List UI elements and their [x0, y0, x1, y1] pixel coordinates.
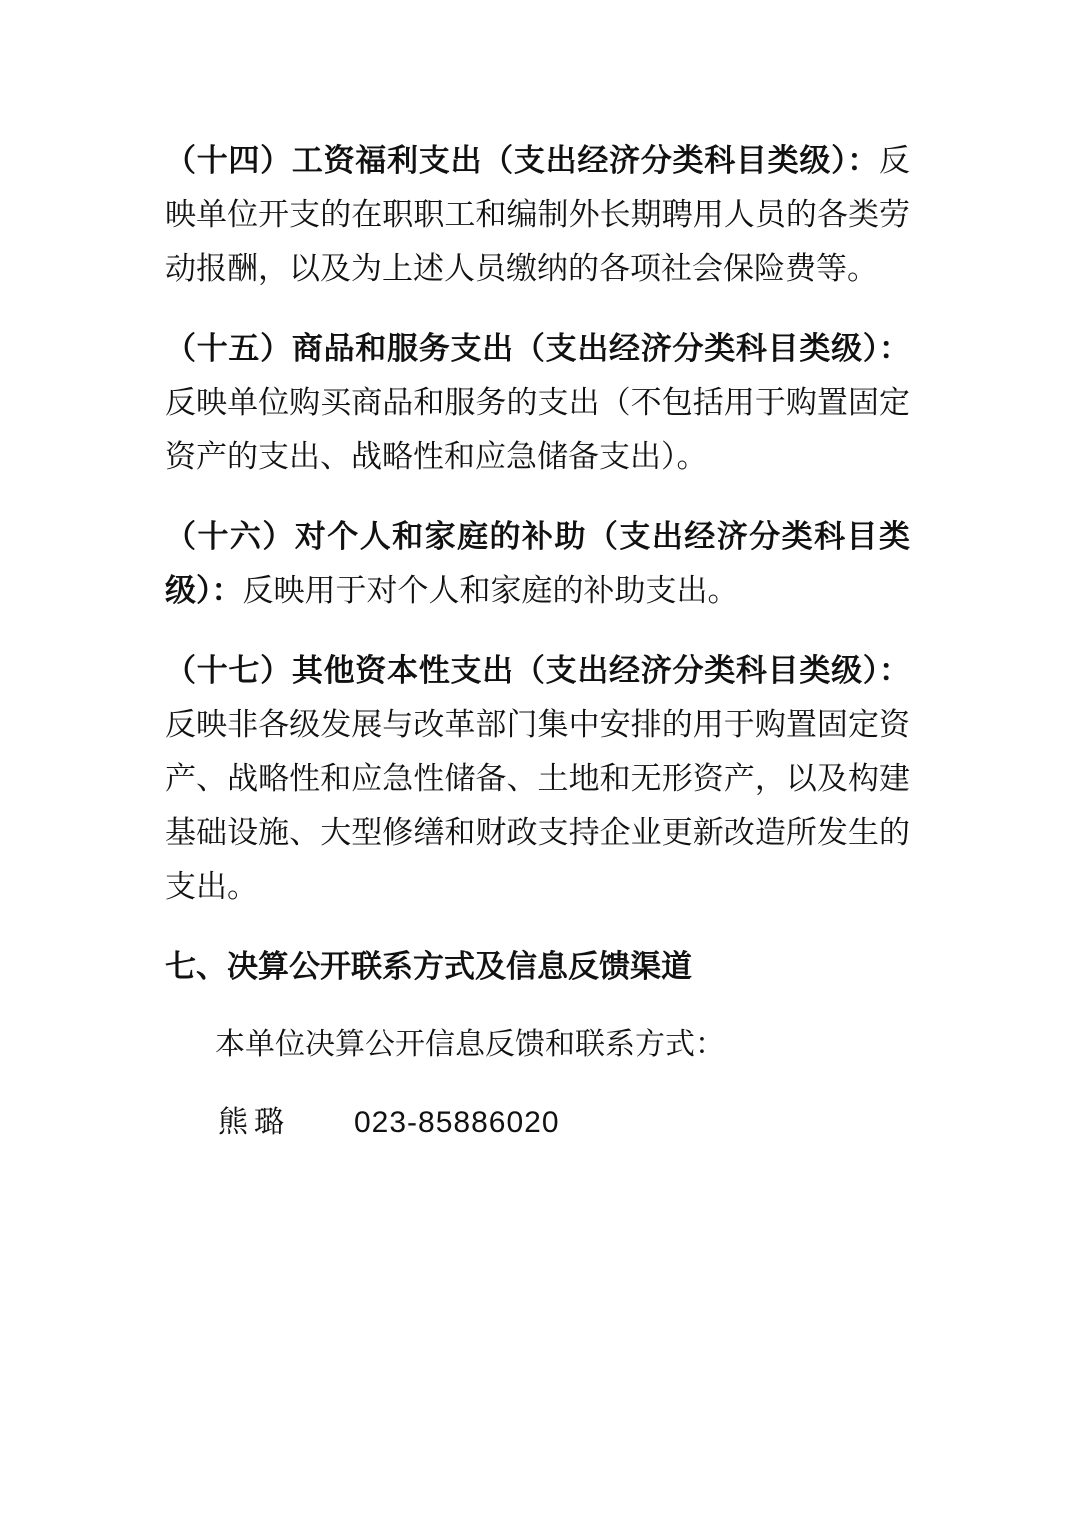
- paragraph-item-17: （十七）其他资本性支出（支出经济分类科目类级）：反映非各级发展与改革部门集中安排…: [165, 644, 910, 914]
- paragraph-item-16: （十六）对个人和家庭的补助（支出经济分类科目类级）：反映用于对个人和家庭的补助支…: [165, 510, 910, 618]
- section-heading: 七、决算公开联系方式及信息反馈渠道: [165, 940, 910, 994]
- contact-phone: 023-85886020: [354, 1106, 560, 1139]
- paragraph-item-14: （十四）工资福利支出（支出经济分类科目类级）：反映单位开支的在职职工和编制外长期…: [165, 134, 910, 296]
- paragraph-17-lead: （十七）其他资本性支出（支出经济分类科目类级）：: [165, 653, 910, 688]
- paragraph-14-lead: （十四）工资福利支出（支出经济分类科目类级）：: [165, 143, 879, 178]
- paragraph-15-body: 反映单位购买商品和服务的支出（不包括用于购置固定资产的支出、战略性和应急储备支出…: [165, 385, 910, 474]
- contact-intro-line: 本单位决算公开信息反馈和联系方式：: [165, 1018, 910, 1072]
- paragraph-16-body: 反映用于对个人和家庭的补助支出。: [243, 573, 739, 608]
- contact-line: 熊璐023-85886020: [165, 1096, 910, 1150]
- paragraph-17-body: 反映非各级发展与改革部门集中安排的用于购置固定资产、战略性和应急性储备、土地和无…: [165, 707, 910, 904]
- paragraph-15-lead: （十五）商品和服务支出（支出经济分类科目类级）：: [165, 331, 910, 366]
- document-page: （十四）工资福利支出（支出经济分类科目类级）：反映单位开支的在职职工和编制外长期…: [0, 0, 1074, 1520]
- contact-name: 熊璐: [218, 1106, 290, 1139]
- paragraph-item-15: （十五）商品和服务支出（支出经济分类科目类级）：反映单位购买商品和服务的支出（不…: [165, 322, 910, 484]
